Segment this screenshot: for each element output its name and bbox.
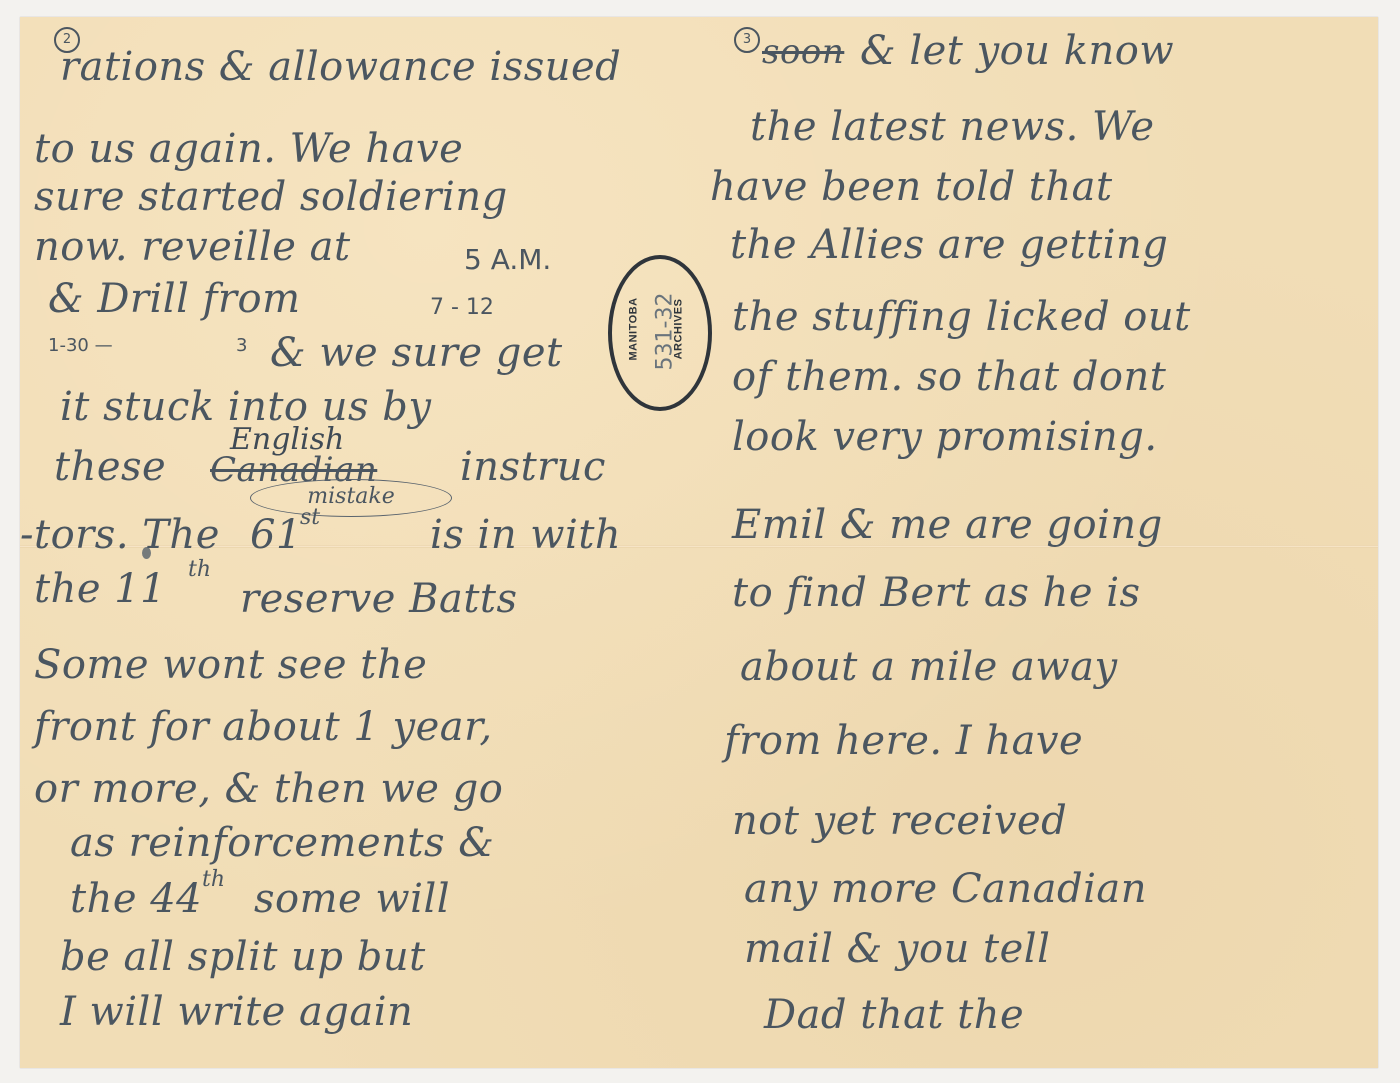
struck-word-soon: soon <box>762 35 844 69</box>
right-line-15: Dad that the <box>764 995 1024 1035</box>
drill-time-afternoon-end: 3 <box>236 335 247 356</box>
right-line-7: look very promising. <box>732 417 1158 457</box>
right-line-2: the latest news. We <box>750 107 1155 147</box>
left-line-3: sure started soldiering <box>34 177 508 217</box>
right-line-14: mail & you tell <box>744 929 1050 969</box>
right-line-4: the Allies are getting <box>730 225 1168 265</box>
right-line-8: Emil & me are going <box>732 505 1163 545</box>
superscript-st: st <box>300 505 320 530</box>
right-line-9: to find Bert as he is <box>732 573 1141 613</box>
page-number-right: 3 <box>734 27 760 53</box>
superscript-th-44: th <box>202 867 225 892</box>
reveille-time: 5 A.M. <box>464 243 551 276</box>
left-line-9: instruc <box>460 447 606 487</box>
right-line-12: not yet received <box>732 801 1067 841</box>
right-line-10: about a mile away <box>740 647 1118 687</box>
battalion-61: 61 <box>250 515 302 555</box>
left-line-2: to us again. We have <box>34 129 463 169</box>
left-line-7: it stuck into us by <box>60 387 431 427</box>
right-line-6: of them. so that dont <box>732 357 1166 397</box>
right-line-3: have been told that <box>710 167 1113 207</box>
left-line-1: rations & allowance issued <box>60 47 621 87</box>
left-line-15: front for about 1 year, <box>34 707 493 747</box>
drill-time-afternoon-start: 1-30 — <box>48 335 113 356</box>
left-line-12: the 11 <box>34 569 166 609</box>
left-line-5: & Drill from <box>48 279 301 319</box>
left-line-13: reserve Batts <box>240 579 518 619</box>
manitoba-archives-stamp: MANITOBA 531-32 ARCHIVES <box>608 255 712 411</box>
letter-paper: 2 rations & allowance issued to us again… <box>20 17 1378 1068</box>
left-line-20: be all split up but <box>60 937 426 977</box>
left-line-21: I will write again <box>60 992 413 1032</box>
drill-time-morning: 7 - 12 <box>430 295 494 320</box>
left-line-16: or more, & then we go <box>34 769 503 809</box>
left-line-6: & we sure get <box>270 333 563 373</box>
left-line-8: these <box>54 447 166 487</box>
left-line-14: Some wont see the <box>34 645 427 685</box>
left-line-4: now. reveille at <box>34 227 351 267</box>
left-line-11: is in with <box>430 515 621 555</box>
stamp-label-archives: ARCHIVES <box>672 299 684 360</box>
left-line-10: -tors. The <box>20 515 220 555</box>
right-line-11: from here. I have <box>724 721 1083 761</box>
right-line-13: any more Canadian <box>744 869 1147 909</box>
left-line-17: as reinforcements & <box>70 823 494 863</box>
right-line-1: & let you know <box>860 31 1174 71</box>
right-line-5: the stuffing licked out <box>732 297 1191 337</box>
paper-fold-crease <box>20 545 1378 548</box>
stamp-label-manitoba: MANITOBA <box>628 297 640 360</box>
left-line-19: some will <box>254 879 450 919</box>
ink-blot <box>142 547 151 559</box>
superscript-th-11: th <box>188 557 211 582</box>
left-line-18: the 44 <box>70 879 202 919</box>
